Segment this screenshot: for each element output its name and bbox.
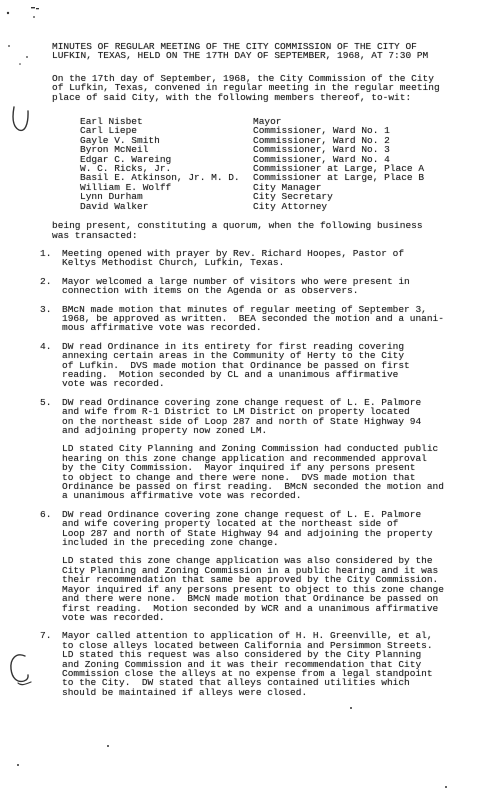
document-title: MINUTES OF REGULAR MEETING OF THE CITY C… bbox=[52, 42, 463, 61]
minutes-item: 4. DW read Ordinance in its entirety for… bbox=[40, 342, 463, 389]
item-number: 2. bbox=[40, 277, 62, 296]
item-number: 4. bbox=[40, 342, 62, 389]
minutes-paragraph: BMcN made motion that minutes of regular… bbox=[62, 305, 463, 333]
item-body: Mayor called attention to application of… bbox=[62, 631, 463, 697]
roster-member-name: David Walker bbox=[80, 202, 253, 211]
item-body: BMcN made motion that minutes of regular… bbox=[62, 305, 463, 333]
minutes-paragraph: LD stated this zone change application w… bbox=[62, 556, 463, 622]
item-body: Mayor welcomed a large number of visitor… bbox=[62, 277, 463, 296]
item-body: DW read Ordinance in its entirety for fi… bbox=[62, 342, 463, 389]
item-body: DW read Ordinance covering zone change r… bbox=[62, 398, 463, 501]
minutes-paragraph: LD stated City Planning and Zoning Commi… bbox=[62, 444, 463, 500]
minutes-paragraph: Mayor welcomed a large number of visitor… bbox=[62, 277, 463, 296]
minutes-paragraph: Meeting opened with prayer by Rev. Richa… bbox=[62, 249, 463, 268]
minutes-item: 6. DW read Ordinance covering zone chang… bbox=[40, 510, 463, 622]
roster-row: David Walker City Attorney bbox=[80, 202, 463, 211]
quorum-paragraph: being present, constituting a quorum, wh… bbox=[52, 221, 463, 240]
minutes-paragraph: DW read Ordinance covering zone change r… bbox=[62, 510, 463, 548]
item-number: 1. bbox=[40, 249, 62, 268]
minutes-item: 7. Mayor called attention to application… bbox=[40, 631, 463, 697]
minutes-items: 1. Meeting opened with prayer by Rev. Ri… bbox=[52, 249, 463, 697]
minutes-paragraph: Mayor called attention to application of… bbox=[62, 631, 463, 697]
roster: Earl Nisbet Mayor Carl Liepe Commissione… bbox=[52, 117, 463, 211]
minutes-paragraph: DW read Ordinance covering zone change r… bbox=[62, 398, 463, 436]
item-number: 6. bbox=[40, 510, 62, 622]
item-body: DW read Ordinance covering zone change r… bbox=[62, 510, 463, 622]
minutes-item: 5. DW read Ordinance covering zone chang… bbox=[40, 398, 463, 501]
intro-paragraph: On the 17th day of September, 1968, the … bbox=[52, 74, 463, 102]
roster-member-title: City Attorney bbox=[253, 202, 327, 211]
item-number: 3. bbox=[40, 305, 62, 333]
item-number: 7. bbox=[40, 631, 62, 697]
minutes-paragraph: DW read Ordinance in its entirety for fi… bbox=[62, 342, 463, 389]
item-body: Meeting opened with prayer by Rev. Richa… bbox=[62, 249, 463, 268]
scanned-minutes-page: MINUTES OF REGULAR MEETING OF THE CITY C… bbox=[0, 0, 493, 800]
minutes-item: 3. BMcN made motion that minutes of regu… bbox=[40, 305, 463, 333]
minutes-item: 2. Mayor welcomed a large number of visi… bbox=[40, 277, 463, 296]
minutes-item: 1. Meeting opened with prayer by Rev. Ri… bbox=[40, 249, 463, 268]
item-number: 5. bbox=[40, 398, 62, 501]
